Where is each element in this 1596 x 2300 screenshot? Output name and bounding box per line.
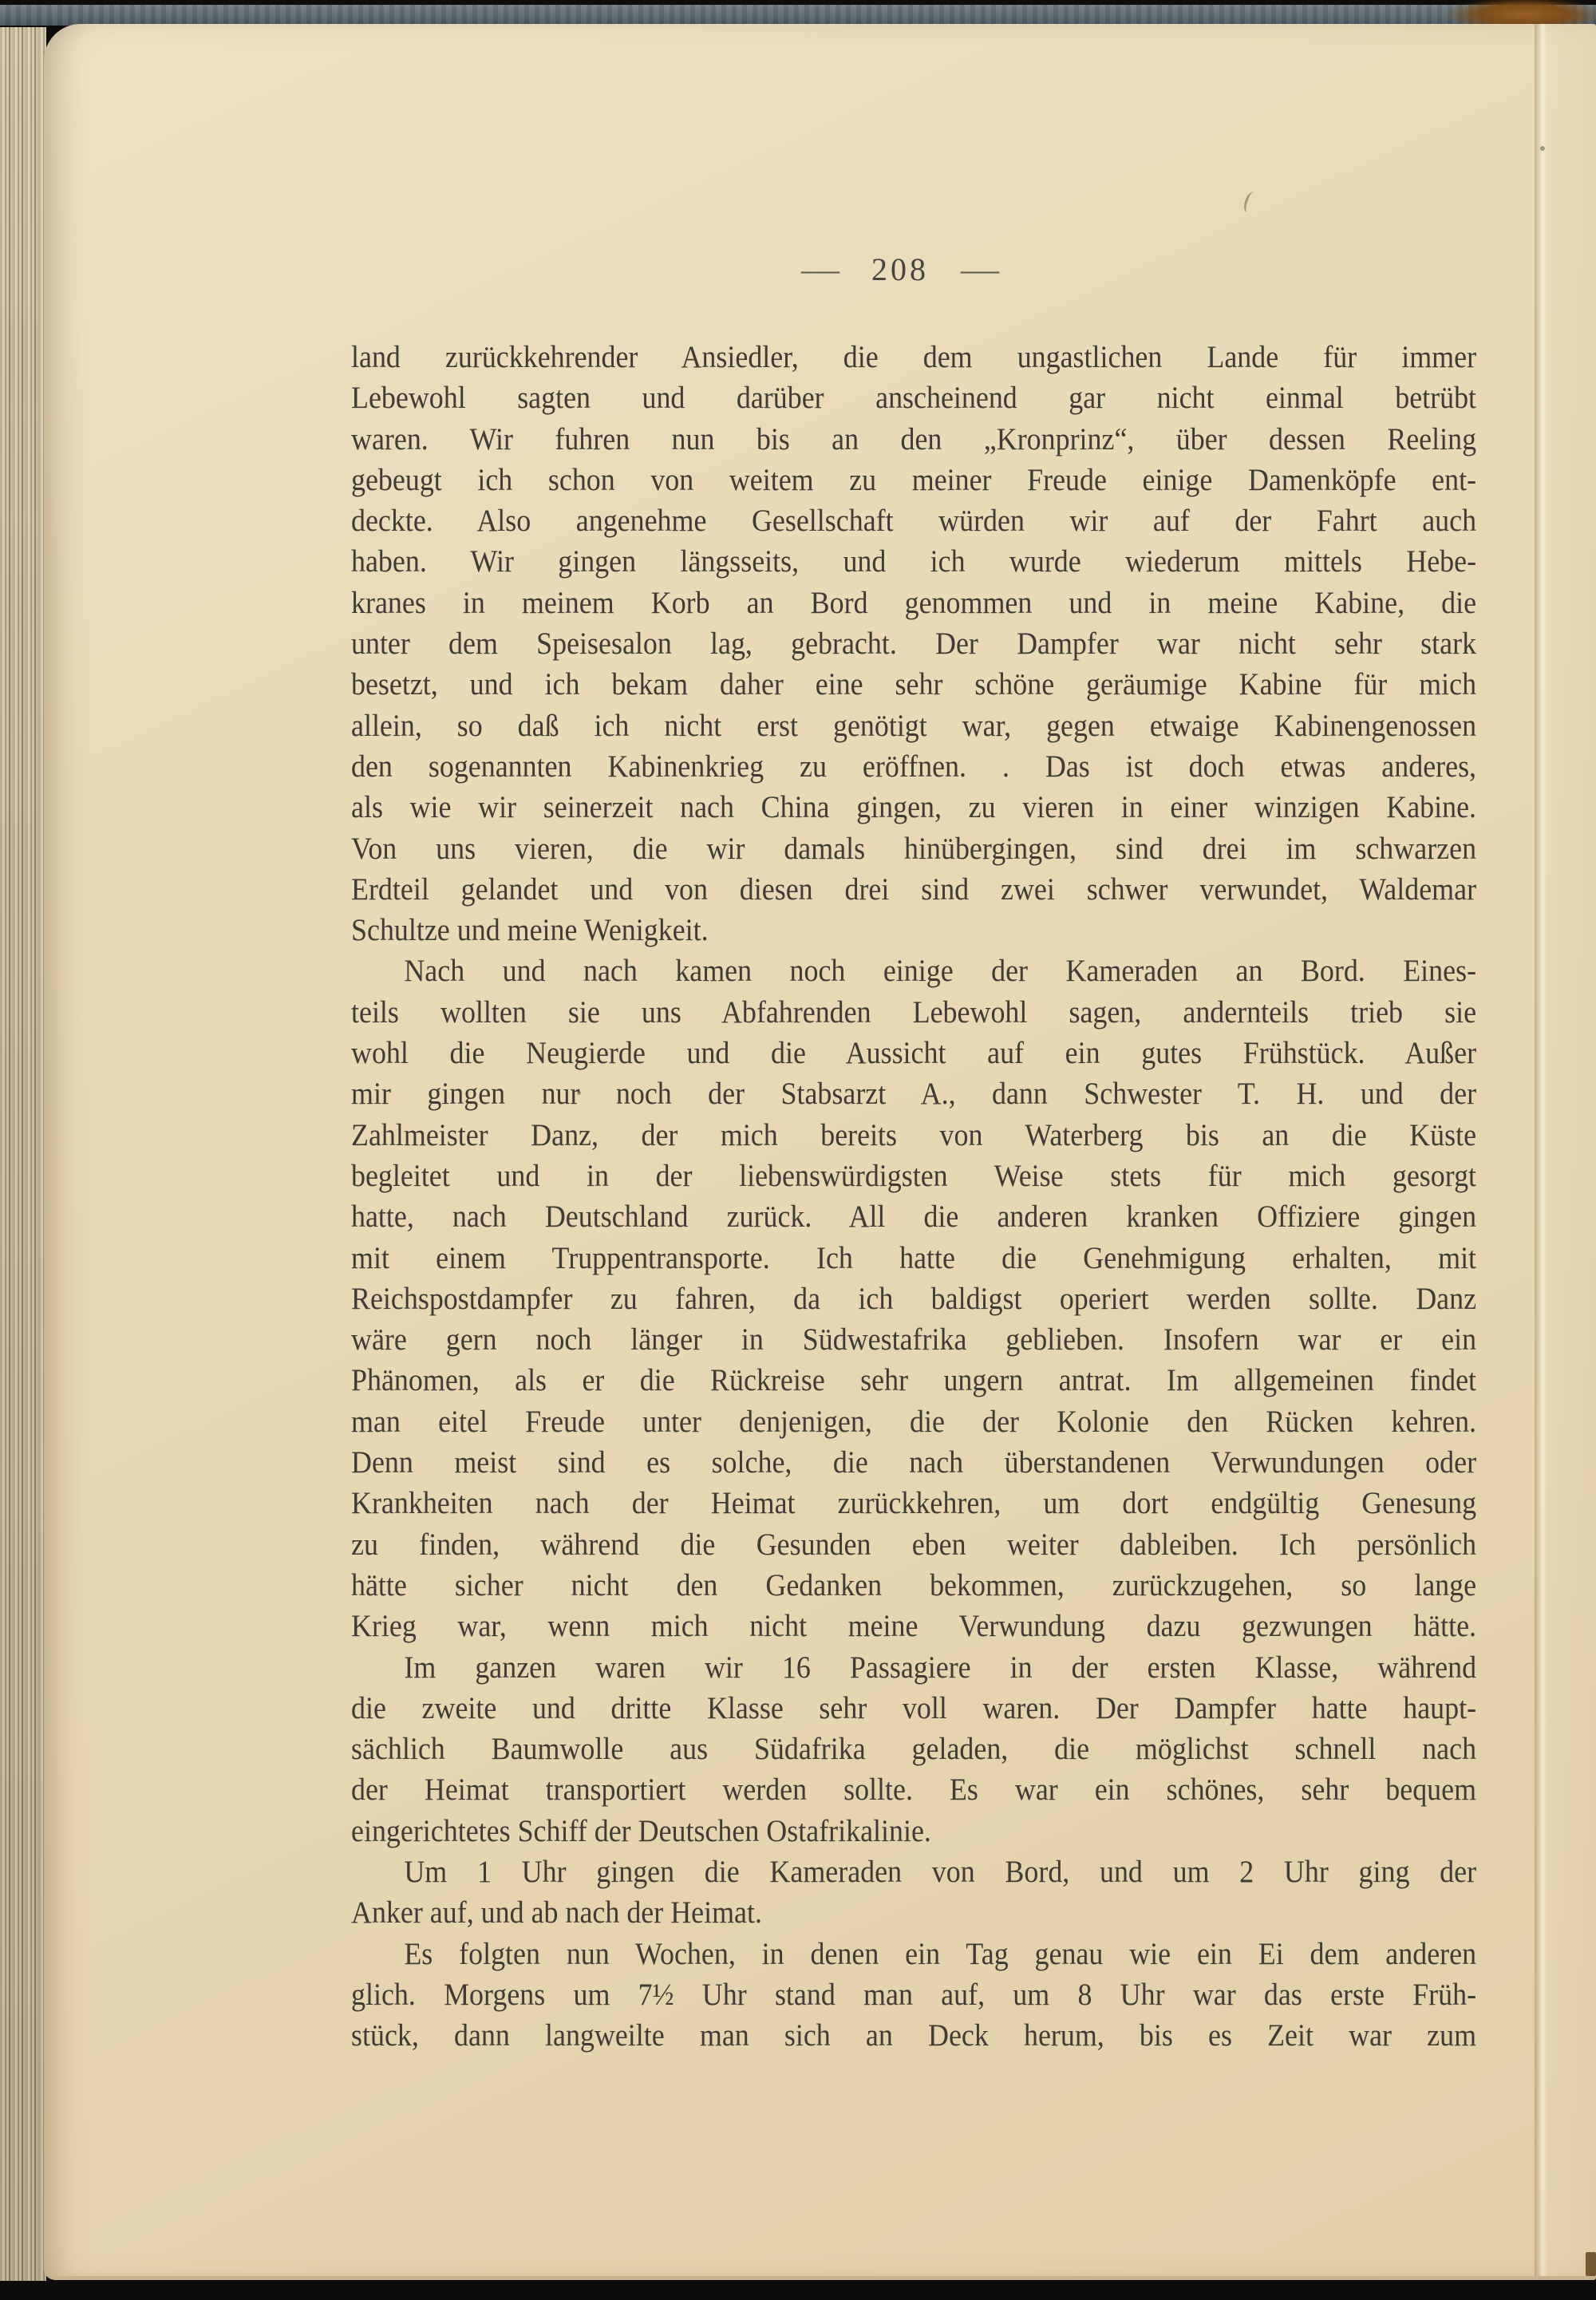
text-line: sächlich Baumwolle aus Südafrika geladen… bbox=[351, 1729, 1476, 1769]
text-line: Krankheiten nach der Heimat zurückkehren… bbox=[351, 1483, 1476, 1523]
header-dash-left: — bbox=[801, 252, 839, 287]
scanned-book-spread: — 208 — land zurückkehrender Ansiedler, … bbox=[0, 0, 1596, 2300]
text-line: wohl die Neugierde und die Aussicht auf … bbox=[351, 1033, 1476, 1073]
text-line: deckte. Also angenehme Gesellschaft würd… bbox=[351, 500, 1476, 541]
text-line: hätte sicher nicht den Gedanken bekommen… bbox=[351, 1565, 1476, 1606]
text-line: Es folgten nun Wochen, in denen ein Tag … bbox=[351, 1934, 1476, 1974]
page-number-header: — 208 — bbox=[804, 252, 996, 287]
text-line: besetzt, und ich bekam daher eine sehr s… bbox=[351, 664, 1476, 705]
text-line: eingerichtetes Schiff der Deutschen Osta… bbox=[351, 1811, 1476, 1851]
left-page-edges bbox=[0, 27, 46, 2281]
text-line: mir gingen nur noch der Stabsarzt A., da… bbox=[351, 1073, 1476, 1114]
book-cover-edge bbox=[0, 5, 1596, 26]
text-line: zu finden, während die Gesunden eben wei… bbox=[351, 1524, 1476, 1565]
text-line: stück, dann langweilte man sich an Deck … bbox=[351, 2015, 1476, 2056]
text-line: gebeugt ich schon von weitem zu meiner F… bbox=[351, 460, 1476, 500]
text-line: Zahlmeister Danz, der mich bereits von W… bbox=[351, 1115, 1476, 1156]
text-line: als wie wir seinerzeit nach China gingen… bbox=[351, 787, 1476, 828]
text-line: der Heimat transportiert werden sollte. … bbox=[351, 1769, 1476, 1810]
text-line: haben. Wir gingen längsseits, und ich wu… bbox=[351, 541, 1476, 582]
text-line: Phänomen, als er die Rückreise sehr unge… bbox=[351, 1360, 1476, 1401]
text-line: hatte, nach Deutschland zurück. All die … bbox=[351, 1196, 1476, 1237]
bottom-right-chip bbox=[1586, 2252, 1596, 2276]
text-line: Erdteil gelandet und von diesen drei sin… bbox=[351, 869, 1476, 910]
right-page-fold bbox=[1535, 24, 1596, 2276]
text-line: waren. Wir fuhren nun bis an den „Kronpr… bbox=[351, 419, 1476, 460]
text-line: Krieg war, wenn mich nicht meine Verwund… bbox=[351, 1606, 1476, 1646]
text-line: begleitet und in der liebenswürdigsten W… bbox=[351, 1156, 1476, 1196]
text-line: Anker auf, und ab nach der Heimat. bbox=[351, 1892, 1476, 1933]
text-line: land zurückkehrender Ansiedler, die dem … bbox=[351, 337, 1476, 377]
text-line: Lebewohl sagten und darüber anscheinend … bbox=[351, 377, 1476, 418]
page-number: 208 bbox=[871, 252, 929, 287]
text-line: Von uns vieren, die wir damals hinübergi… bbox=[351, 828, 1476, 869]
text-block: land zurückkehrender Ansiedler, die dem … bbox=[351, 337, 1476, 2056]
text-line: wäre gern noch länger in Südwestafrika g… bbox=[351, 1319, 1476, 1360]
text-line: Denn meist sind es solche, die nach über… bbox=[351, 1442, 1476, 1483]
header-dash-right: — bbox=[961, 252, 999, 287]
text-line: glich. Morgens um 7½ Uhr stand man auf, … bbox=[351, 1974, 1476, 2015]
text-line: die zweite und dritte Klasse sehr voll w… bbox=[351, 1688, 1476, 1729]
text-line: allein, so daß ich nicht erst genötigt w… bbox=[351, 705, 1476, 746]
text-line: Im ganzen waren wir 16 Passagiere in der… bbox=[351, 1647, 1476, 1688]
text-line: man eitel Freude unter denjenigen, die d… bbox=[351, 1401, 1476, 1442]
text-line: den sogenannten Kabinenkrieg zu eröffnen… bbox=[351, 746, 1476, 787]
text-line: Schultze und meine Wenigkeit. bbox=[351, 910, 1476, 950]
text-line: kranes in meinem Korb an Bord genommen u… bbox=[351, 583, 1476, 623]
text-line: Reichspostdampfer zu fahren, da ich bald… bbox=[351, 1278, 1476, 1319]
print-artifact-speck bbox=[1540, 146, 1545, 151]
book-page: — 208 — land zurückkehrender Ansiedler, … bbox=[44, 24, 1596, 2280]
text-line: Um 1 Uhr gingen die Kameraden von Bord, … bbox=[351, 1851, 1476, 1892]
text-line: teils wollten sie uns Abfahrenden Lebewo… bbox=[351, 992, 1476, 1033]
text-line: Nach und nach kamen noch einige der Kame… bbox=[351, 950, 1476, 991]
print-artifact-hair bbox=[1242, 191, 1259, 215]
text-line: mit einem Truppentransporte. Ich hatte d… bbox=[351, 1238, 1476, 1278]
text-line: unter dem Speisesalon lag, gebracht. Der… bbox=[351, 623, 1476, 664]
